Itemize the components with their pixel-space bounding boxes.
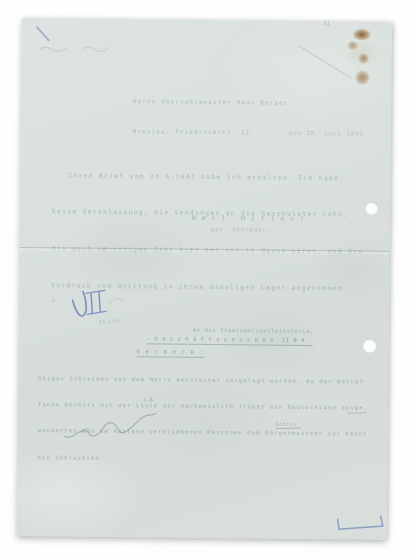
pencil-plus-mark: +: [51, 297, 56, 304]
memo-reference-line: - G e s c h ä f t s z e i c h e n II B 4…: [147, 336, 313, 346]
memo-body-line: Obiges Schreiben ist dem Herrn Amtsleite…: [38, 375, 373, 387]
corner-pencil-mark: 11: [322, 20, 330, 27]
document-photo: 11 Herrn Oberzahlmeister Hans Berger Bre…: [0, 0, 416, 555]
recipient-line2: Breslau, Friedrichstr. 21.: [133, 127, 289, 139]
blue-stroke-mark: [34, 25, 56, 43]
pencil-date-note: 14.1.43.: [99, 319, 123, 325]
memo-side-note: Rottke.: [276, 423, 301, 430]
punch-hole-top: [365, 202, 378, 215]
pencil-scribble-right: [81, 44, 111, 54]
letter-paper: 11 Herrn Oberzahlmeister Hans Berger Bre…: [17, 18, 392, 540]
memo-ia-abbrev: i.A.: [143, 397, 156, 403]
typed-signature-line: gez. Schröder.: [211, 227, 271, 234]
punch-hole-bottom: [363, 339, 377, 353]
recipient-line1: Herrn Oberzahlmeister Hans Berger: [133, 97, 289, 109]
diagonal-crease: [298, 45, 351, 78]
letter-body-line: Ihren Brief vom 24.6.1943 habe ich erhal…: [52, 170, 364, 186]
closing-salute: H e i l H i t l e r !: [192, 214, 305, 223]
memo-body-line: nis überwiesen.: [37, 454, 372, 466]
memo-header-line: An die Staatspolizeileitstelle,: [193, 328, 314, 335]
blue-bracket-mark: [334, 511, 389, 534]
blue-check-numeral-mark: [64, 283, 131, 333]
memo-label: V e r m e r k :: [136, 349, 204, 358]
pencil-scribble-left: [38, 43, 68, 53]
handwritten-signature: [61, 406, 161, 445]
date-line: den 28. Juni 1943.: [289, 131, 368, 138]
